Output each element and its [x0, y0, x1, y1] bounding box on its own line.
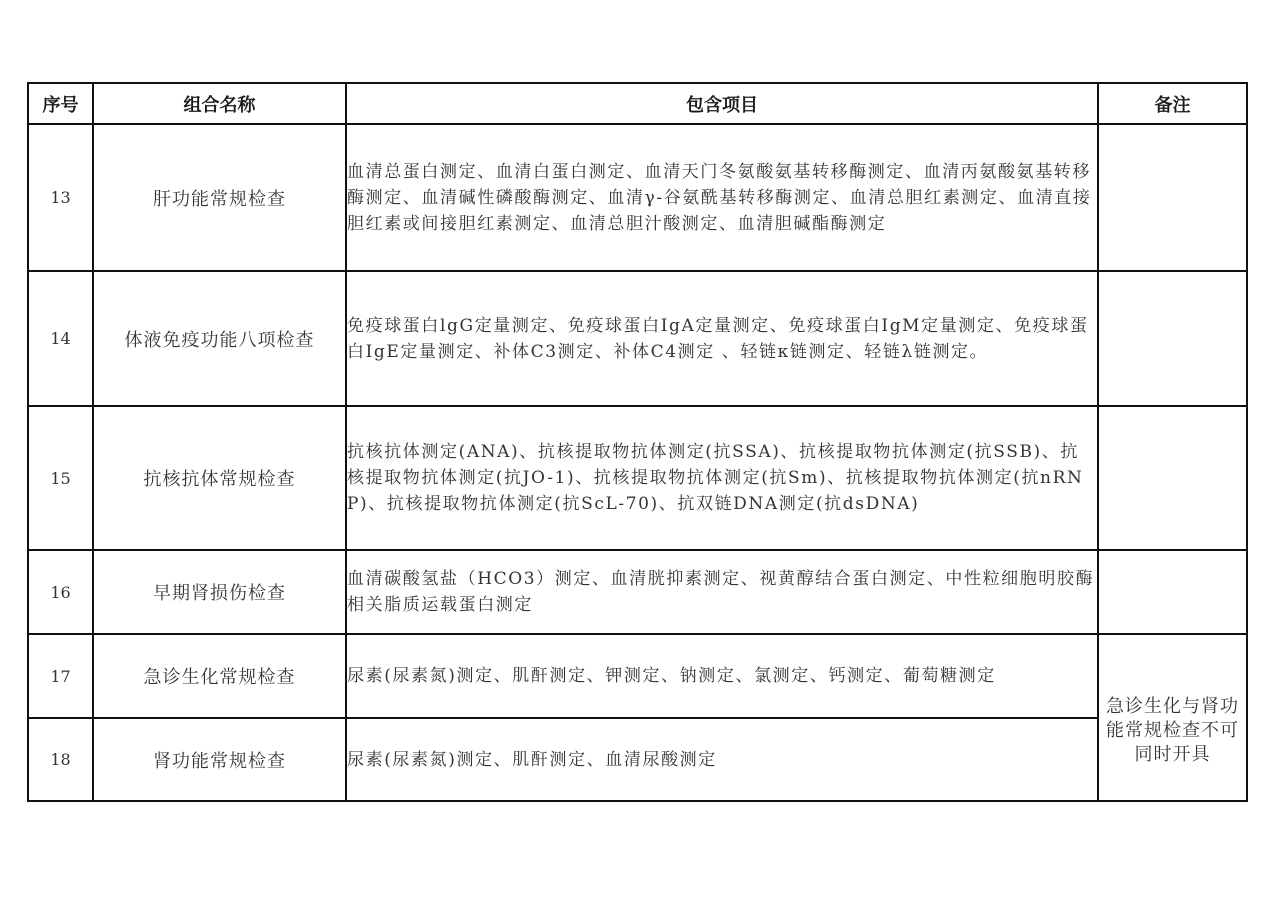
row-items: 血清总蛋白测定、血清白蛋白测定、血清天门冬氨酸氨基转移酶测定、血清丙氨酸氨基转移…	[346, 124, 1098, 271]
row-index: 18	[28, 718, 93, 801]
table-row: 17 急诊生化常规检查 尿素(尿素氮)测定、肌酐测定、钾测定、钠测定、氯测定、钙…	[28, 634, 1247, 718]
row-items: 血清碳酸氢盐（HCO3）测定、血清胱抑素测定、视黄醇结合蛋白测定、中性粒细胞明胶…	[346, 550, 1098, 634]
row-index: 13	[28, 124, 93, 271]
row-note-merged: 急诊生化与肾功能常规检查不可同时开具	[1098, 634, 1247, 801]
header-items: 包含项目	[346, 83, 1098, 124]
row-index: 17	[28, 634, 93, 718]
row-note	[1098, 124, 1247, 271]
row-name: 体液免疫功能八项检查	[93, 271, 346, 406]
header-row: 序号 组合名称 包含项目 备注	[28, 83, 1247, 124]
row-name: 早期肾损伤检查	[93, 550, 346, 634]
table-row: 14 体液免疫功能八项检查 免疫球蛋白lgG定量测定、免疫球蛋白IgA定量测定、…	[28, 271, 1247, 406]
row-items: 免疫球蛋白lgG定量测定、免疫球蛋白IgA定量测定、免疫球蛋白IgM定量测定、免…	[346, 271, 1098, 406]
row-note	[1098, 271, 1247, 406]
row-items: 抗核抗体测定(ANA)、抗核提取物抗体测定(抗SSA)、抗核提取物抗体测定(抗S…	[346, 406, 1098, 550]
row-index: 15	[28, 406, 93, 550]
header-index: 序号	[28, 83, 93, 124]
row-name: 急诊生化常规检查	[93, 634, 346, 718]
row-name: 抗核抗体常规检查	[93, 406, 346, 550]
row-name: 肾功能常规检查	[93, 718, 346, 801]
row-name: 肝功能常规检查	[93, 124, 346, 271]
row-index: 16	[28, 550, 93, 634]
row-items: 尿素(尿素氮)测定、肌酐测定、血清尿酸测定	[346, 718, 1098, 801]
exam-combination-table: 序号 组合名称 包含项目 备注 13 肝功能常规检查 血清总蛋白测定、血清白蛋白…	[27, 82, 1248, 802]
table-row: 15 抗核抗体常规检查 抗核抗体测定(ANA)、抗核提取物抗体测定(抗SSA)、…	[28, 406, 1247, 550]
table-row: 13 肝功能常规检查 血清总蛋白测定、血清白蛋白测定、血清天门冬氨酸氨基转移酶测…	[28, 124, 1247, 271]
note-text: 急诊生化与肾功能常规检查不可同时开具	[1099, 669, 1246, 767]
header-note: 备注	[1098, 83, 1247, 124]
table-row: 16 早期肾损伤检查 血清碳酸氢盐（HCO3）测定、血清胱抑素测定、视黄醇结合蛋…	[28, 550, 1247, 634]
header-name: 组合名称	[93, 83, 346, 124]
row-note	[1098, 550, 1247, 634]
row-note	[1098, 406, 1247, 550]
row-items: 尿素(尿素氮)测定、肌酐测定、钾测定、钠测定、氯测定、钙测定、葡萄糖测定	[346, 634, 1098, 718]
row-index: 14	[28, 271, 93, 406]
table-row: 18 肾功能常规检查 尿素(尿素氮)测定、肌酐测定、血清尿酸测定	[28, 718, 1247, 801]
